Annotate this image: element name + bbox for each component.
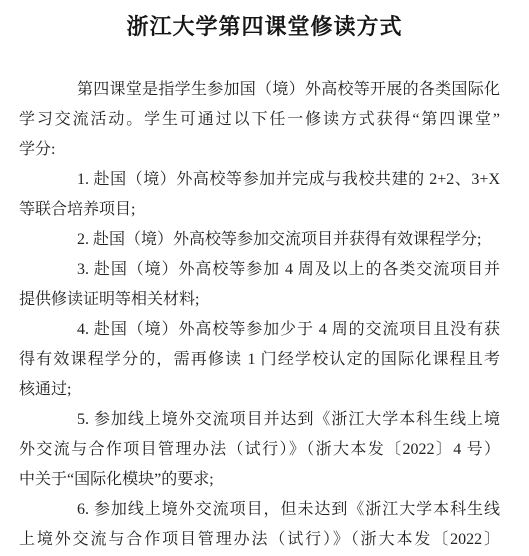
document-title: 浙江大学第四课堂修读方式: [0, 11, 529, 43]
text-line-item6-2: 上境外交流与合作项目管理办法（试行）》（浙大本发〔2022〕: [19, 525, 500, 555]
text-line-item5-2: 外交流与合作项目管理办法（试行）》（浙大本发〔2022〕4 号）: [19, 435, 500, 465]
text-line-item4-1: 4. 赴国（境）外高校等参加少于 4 周的交流项目且没有获: [19, 315, 500, 345]
text-line-item6-1: 6. 参加线上境外交流项目，但未达到《浙江大学本科生线: [19, 495, 500, 525]
text-line-intro-3: 学分:: [19, 135, 500, 165]
text-line-item4-3: 核通过;: [19, 375, 500, 405]
document-page: 浙江大学第四课堂修读方式 第四课堂是指学生参加国（境）外高校等开展的各类国际化 …: [0, 0, 529, 556]
text-line-item2-1: 2. 赴国（境）外高校等参加交流项目并获得有效课程学分;: [19, 225, 500, 255]
text-line-item5-1: 5. 参加线上境外交流项目并达到《浙江大学本科生线上境: [19, 405, 500, 435]
document-body: 第四课堂是指学生参加国（境）外高校等开展的各类国际化 学习交流活动。学生可通过以…: [19, 75, 500, 555]
text-line-item4-2: 得有效课程学分的，需再修读 1 门经学校认定的国际化课程且考: [19, 345, 500, 375]
text-line-item5-3: 中关于“国际化模块”的要求;: [19, 465, 500, 495]
text-line-intro-2: 学习交流活动。学生可通过以下任一修读方式获得“第四课堂”: [19, 105, 500, 135]
text-line-intro-1: 第四课堂是指学生参加国（境）外高校等开展的各类国际化: [19, 75, 500, 105]
text-line-item3-2: 提供修读证明等相关材料;: [19, 285, 500, 315]
text-line-item3-1: 3. 赴国（境）外高校等参加 4 周及以上的各类交流项目并: [19, 255, 500, 285]
text-line-item1-2: 等联合培养项目;: [19, 195, 500, 225]
text-line-item1-1: 1. 赴国（境）外高校等参加并完成与我校共建的 2+2、3+X: [19, 165, 500, 195]
